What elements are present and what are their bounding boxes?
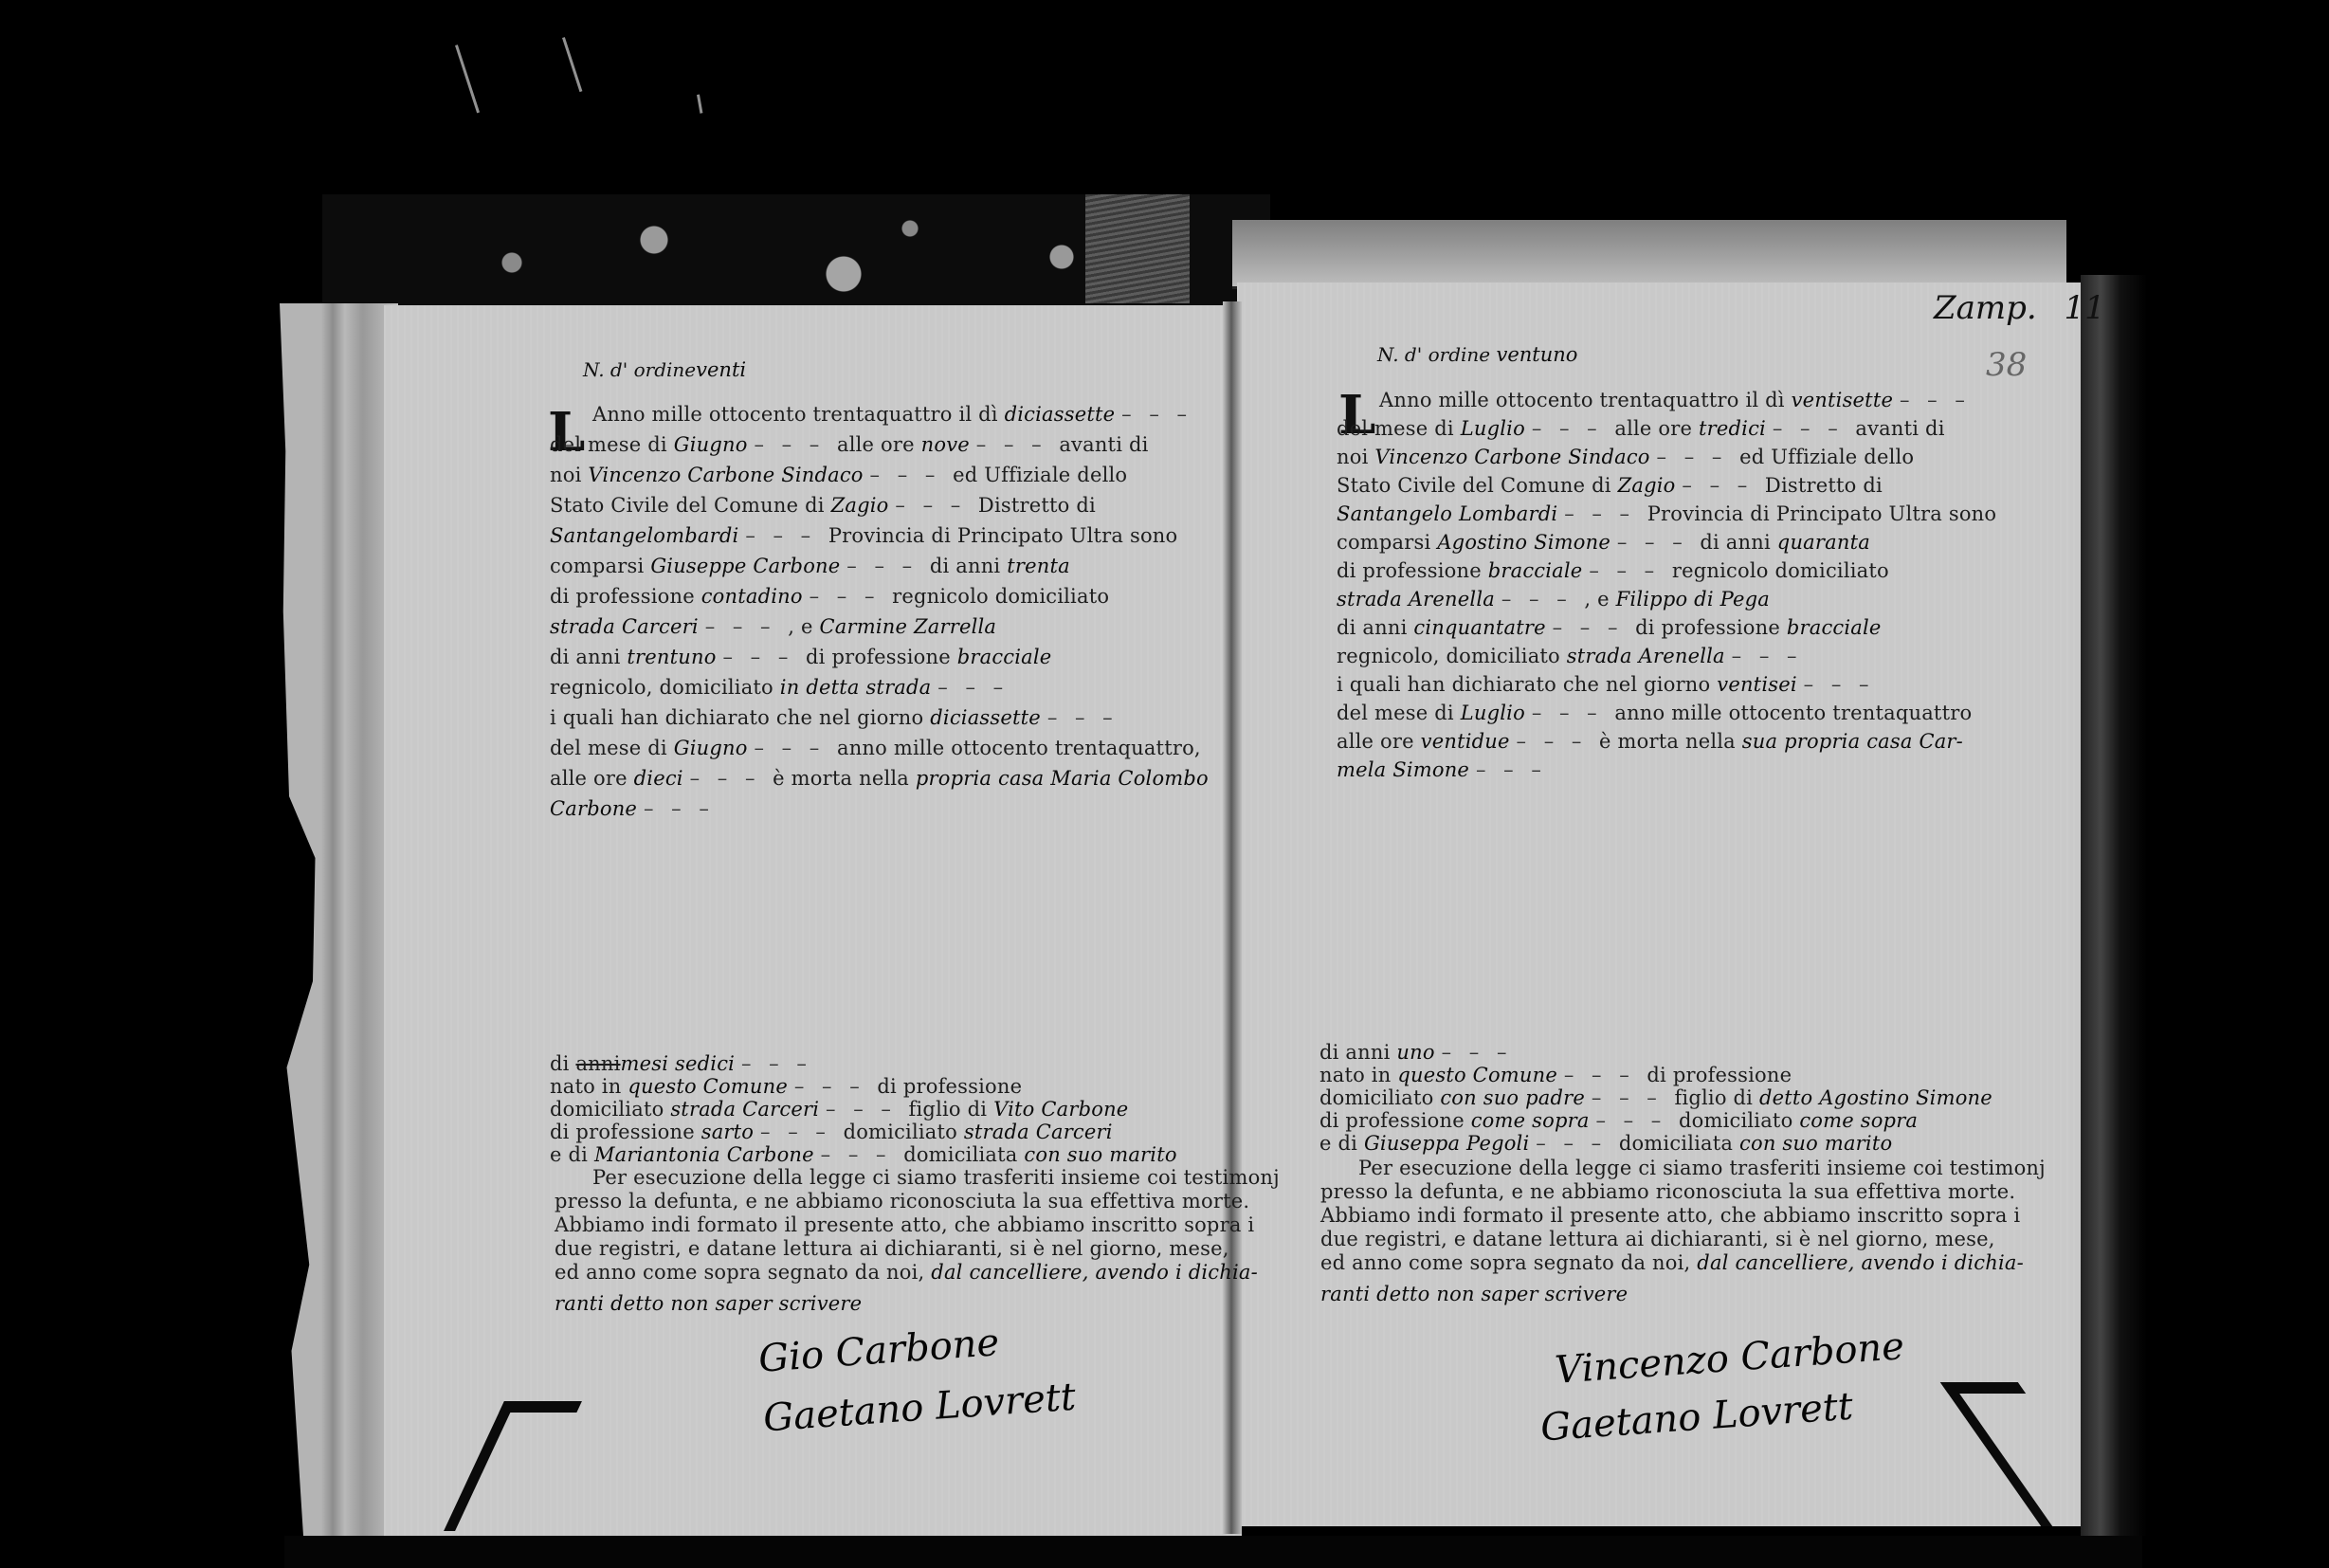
handwritten-entry: tredici bbox=[1699, 417, 1766, 440]
handwritten-entry: sua propria casa Car- bbox=[1742, 730, 1963, 753]
handwritten-entry: Zagio bbox=[1618, 474, 1676, 497]
book-right-edge bbox=[2081, 275, 2147, 1536]
book-gutter bbox=[1223, 301, 1242, 1534]
fill-dashes: – – – bbox=[1121, 403, 1192, 426]
printed-text: di professione bbox=[550, 585, 695, 608]
fill-dashes: – – – bbox=[810, 585, 893, 608]
handwritten-entry: quaranta bbox=[1777, 531, 1870, 554]
fill-dashes: – – – bbox=[754, 737, 837, 759]
fill-dashes: – – – bbox=[1564, 502, 1647, 525]
handwritten-entry: trenta bbox=[1007, 555, 1070, 577]
handwritten-entry: Vincenzo Carbone Sindaco bbox=[1374, 446, 1649, 468]
printed-text: domiciliata bbox=[1619, 1132, 1733, 1155]
printed-text: alle ore bbox=[550, 767, 628, 790]
handwritten-entry: diciassette bbox=[1005, 403, 1116, 426]
handwritten-entry: Zagio bbox=[831, 494, 889, 517]
handwritten-entry: con suo marito bbox=[1024, 1143, 1176, 1166]
printed-text: del mese di bbox=[550, 737, 667, 759]
printed-text: Provincia di Principato Ultra sono bbox=[828, 524, 1178, 547]
fill-dashes: – – – bbox=[1476, 758, 1547, 781]
closing-line: presso la defunta, e ne abbiamo riconosc… bbox=[555, 1190, 1249, 1212]
fill-dashes: – – – bbox=[1564, 1064, 1647, 1086]
corner-label: Zamp. bbox=[1934, 289, 2037, 327]
form-line: del mese di Giugno – – – alle ore nove –… bbox=[550, 433, 1149, 456]
form-line: domiciliato con suo padre – – – figlio d… bbox=[1319, 1086, 1992, 1109]
form-line: noi Vincenzo Carbone Sindaco – – – ed Uf… bbox=[550, 464, 1127, 486]
corner-number: 11 bbox=[2065, 289, 2105, 327]
printed-text: regnicolo, domiciliato bbox=[1337, 645, 1560, 667]
printed-text: di anni bbox=[550, 646, 621, 668]
printed-text: avanti di bbox=[1059, 433, 1148, 456]
closing-line: Per esecuzione della legge ci siamo tras… bbox=[1358, 1157, 2046, 1179]
printed-text: domiciliato bbox=[1679, 1109, 1792, 1132]
fill-dashes: – – – bbox=[1047, 706, 1119, 729]
printed-text: di anni bbox=[1319, 1041, 1391, 1064]
form-line: di annimesi sedici – – – bbox=[550, 1052, 812, 1075]
handwritten-entry: con suo padre bbox=[1440, 1086, 1585, 1109]
printed-text: i quali han dichiarato che nel giorno bbox=[1337, 673, 1710, 696]
closing-line: Abbiamo indi formato il presente atto, c… bbox=[555, 1213, 1254, 1236]
handwritten-entry: nove bbox=[921, 433, 970, 456]
fill-dashes: – – – bbox=[1773, 417, 1856, 440]
printed-text: di anni bbox=[1700, 531, 1771, 554]
printed-text: Anno mille ottocento trentaquattro il dì bbox=[1379, 389, 1785, 411]
film-scratch bbox=[562, 37, 582, 92]
fill-dashes: – – – bbox=[1532, 417, 1615, 440]
printed-text: alle ore bbox=[1337, 730, 1414, 753]
right-record-number: N. d' ordine ventuno bbox=[1377, 343, 1577, 366]
fill-dashes: – – – bbox=[644, 797, 715, 820]
fill-dashes: – – – bbox=[745, 524, 828, 547]
fill-dashes: – – – bbox=[1553, 616, 1636, 639]
form-line: del mese di Luglio – – – anno mille otto… bbox=[1337, 702, 1972, 724]
fill-dashes: – – – bbox=[1589, 559, 1672, 582]
closing-line: ed anno come sopra segnato da noi, dal c… bbox=[1320, 1251, 2024, 1274]
form-line: regnicolo, domiciliato strada Arenella –… bbox=[1337, 645, 1803, 667]
printed-text: figlio di bbox=[909, 1098, 988, 1121]
printed-text: di professione bbox=[1319, 1109, 1465, 1132]
fill-dashes: – – – bbox=[1804, 673, 1875, 696]
form-line: Anno mille ottocento trentaquattro il dì… bbox=[592, 403, 1192, 426]
printed-text: comparsi bbox=[1337, 531, 1430, 554]
form-line: comparsi Giuseppe Carbone – – – di anni … bbox=[550, 555, 1070, 577]
printed-text: di professione bbox=[550, 1121, 695, 1143]
fill-dashes: – – – bbox=[1617, 531, 1701, 554]
printed-text: anno mille ottocento trentaquattro bbox=[1614, 702, 1972, 724]
fill-dashes: – – – bbox=[826, 1098, 909, 1121]
handwritten-entry: Santangelo Lombardi bbox=[1337, 502, 1557, 525]
printed-text: Distretto di bbox=[978, 494, 1096, 517]
fill-dashes: – – – bbox=[1442, 1041, 1513, 1064]
leather-spine-top bbox=[1085, 194, 1190, 303]
form-line: Santangelombardi – – – Provincia di Prin… bbox=[550, 524, 1177, 547]
printed-text: è morta nella bbox=[1599, 730, 1736, 753]
printed-text: Per esecuzione della legge ci siamo tras… bbox=[1358, 1157, 2046, 1179]
fill-dashes: – – – bbox=[846, 555, 930, 577]
form-line: nato in questo Comune – – – di professio… bbox=[1319, 1064, 1792, 1086]
fill-dashes: – – – bbox=[1595, 1109, 1679, 1132]
printed-text: ed Uffiziale dello bbox=[1739, 446, 1914, 468]
fill-dashes: – – – bbox=[1501, 588, 1585, 611]
form-line: di professione contadino – – – regnicolo… bbox=[550, 585, 1109, 608]
form-line: del mese di Giugno – – – anno mille otto… bbox=[550, 737, 1201, 759]
printed-text: due registri, e datane lettura ai dichia… bbox=[555, 1237, 1229, 1260]
printed-text: e di bbox=[550, 1143, 588, 1166]
form-line: di professione come sopra – – – domicili… bbox=[1319, 1109, 1918, 1132]
handwritten-entry: Luglio bbox=[1461, 702, 1525, 724]
handwritten-entry: questo Comune bbox=[628, 1075, 788, 1098]
handwritten-entry: bracciale bbox=[957, 646, 1052, 668]
handwritten-entry: propria casa Maria Colombo bbox=[916, 767, 1209, 790]
printed-text: del mese di bbox=[1337, 702, 1454, 724]
handwritten-entry: sarto bbox=[701, 1121, 754, 1143]
printed-text: Distretto di bbox=[1765, 474, 1883, 497]
form-line: Stato Civile del Comune di Zagio – – – D… bbox=[550, 494, 1096, 517]
handwritten-entry: Vincenzo Carbone Sindaco bbox=[588, 464, 863, 486]
stacked-page-edges bbox=[280, 303, 398, 1536]
printed-text: presso la defunta, e ne abbiamo riconosc… bbox=[555, 1190, 1249, 1212]
printed-text: ed anno come sopra segnato da noi, bbox=[1320, 1251, 1690, 1274]
printed-text: regnicolo domiciliato bbox=[892, 585, 1109, 608]
printed-text: noi bbox=[550, 464, 581, 486]
fill-dashes: – – – bbox=[722, 646, 806, 668]
form-line: del mese di Luglio – – – alle ore tredic… bbox=[1337, 417, 1945, 440]
printed-text: di anni bbox=[930, 555, 1001, 577]
printed-text: di professione bbox=[1337, 559, 1482, 582]
handwritten-entry: Mariantonia Carbone bbox=[594, 1143, 814, 1166]
handwritten-entry: con suo marito bbox=[1739, 1132, 1892, 1155]
printed-text: di professione bbox=[1635, 616, 1780, 639]
handwritten-entry: mela Simone bbox=[1337, 758, 1469, 781]
form-line: Anno mille ottocento trentaquattro il dì… bbox=[1379, 389, 1971, 411]
film-scratch bbox=[455, 45, 480, 113]
right-page bbox=[1237, 283, 2085, 1526]
form-line: i quali han dichiarato che nel giorno di… bbox=[550, 706, 1119, 729]
printed-text: del mese di bbox=[1337, 417, 1454, 440]
form-line: Carbone – – – bbox=[550, 797, 715, 820]
fill-dashes: – – – bbox=[1517, 730, 1600, 753]
form-line: domiciliato strada Carceri – – – figlio … bbox=[550, 1098, 1128, 1121]
handwritten-entry: bracciale bbox=[1787, 616, 1882, 639]
handwritten-entry: questo Comune bbox=[1397, 1064, 1557, 1086]
handwritten-entry: mesi sedici bbox=[621, 1052, 736, 1075]
handwritten-entry: uno bbox=[1396, 1041, 1434, 1064]
form-line: regnicolo, domiciliato in detta strada –… bbox=[550, 676, 1009, 699]
closing-line: due registri, e datane lettura ai dichia… bbox=[1320, 1228, 1995, 1250]
printed-text: di professione bbox=[877, 1075, 1022, 1098]
handwritten-entry: strada Arenella bbox=[1567, 645, 1725, 667]
handwritten-entry: Giuseppe Carbone bbox=[650, 555, 840, 577]
handwritten-entry: diciassette bbox=[930, 706, 1041, 729]
corner-annotation: Zamp. 11 bbox=[1934, 289, 2105, 327]
film-scratch bbox=[697, 94, 702, 113]
printed-text: alle ore bbox=[1614, 417, 1692, 440]
handwritten-entry: dieci bbox=[634, 767, 683, 790]
printed-text: domiciliato bbox=[844, 1121, 957, 1143]
printed-text: Provincia di Principato Ultra sono bbox=[1647, 502, 1997, 525]
printed-text: regnicolo, domiciliato bbox=[550, 676, 773, 699]
handwritten-entry: ventidue bbox=[1421, 730, 1510, 753]
fill-dashes: – – – bbox=[895, 494, 978, 517]
fill-dashes: – – – bbox=[1536, 1132, 1619, 1155]
fill-dashes: – – – bbox=[1592, 1086, 1675, 1109]
form-line: noi Vincenzo Carbone Sindaco – – – ed Uf… bbox=[1337, 446, 1914, 468]
fill-dashes: – – – bbox=[1732, 645, 1803, 667]
printed-text: nato in bbox=[550, 1075, 621, 1098]
printed-text: ed anno come sopra segnato da noi, bbox=[555, 1261, 924, 1284]
pencil-page-number: 38 bbox=[1986, 346, 2027, 384]
handwritten-entry: in detta strada bbox=[780, 676, 932, 699]
fill-dashes: – – – bbox=[794, 1075, 878, 1098]
printed-text: Abbiamo indi formato il presente atto, c… bbox=[555, 1213, 1254, 1236]
fill-dashes: – – – bbox=[821, 1143, 904, 1166]
handwritten-entry: Carbone bbox=[550, 797, 637, 820]
form-line: Santangelo Lombardi – – – Provincia di P… bbox=[1337, 502, 1996, 525]
fill-dashes: – – – bbox=[870, 464, 954, 486]
printed-text: domiciliato bbox=[1319, 1086, 1433, 1109]
handwritten-entry: Carmine Zarrella bbox=[820, 615, 997, 638]
printed-text: Per esecuzione della legge ci siamo tras… bbox=[592, 1166, 1280, 1189]
handwritten-entry: Giugno bbox=[674, 737, 748, 759]
handwritten-entry: detto Agostino Simone bbox=[1759, 1086, 1992, 1109]
printed-text: di anni bbox=[1337, 616, 1408, 639]
printed-text: , e bbox=[788, 615, 812, 638]
form-line: di professione sarto – – – domiciliato s… bbox=[550, 1121, 1113, 1143]
closing-line: presso la defunta, e ne abbiamo riconosc… bbox=[1320, 1180, 2015, 1203]
form-line: alle ore dieci – – – è morta nella propr… bbox=[550, 767, 1209, 790]
printed-text: di bbox=[550, 1052, 570, 1075]
printed-text: domiciliata bbox=[903, 1143, 1017, 1166]
fill-dashes: – – – bbox=[754, 433, 837, 456]
handwritten-entry: come sopra bbox=[1799, 1109, 1918, 1132]
printed-text: noi bbox=[1337, 446, 1368, 468]
closing-line: due registri, e datane lettura ai dichia… bbox=[555, 1237, 1229, 1260]
form-line: strada Carceri – – – , e Carmine Zarrell… bbox=[550, 615, 996, 638]
form-line: mela Simone – – – bbox=[1337, 758, 1547, 781]
printed-text: nato in bbox=[1319, 1064, 1391, 1086]
printed-text: del mese di bbox=[550, 433, 667, 456]
form-line: di anni uno – – – bbox=[1319, 1041, 1512, 1064]
printed-text: e di bbox=[1319, 1132, 1357, 1155]
fill-dashes: – – – bbox=[937, 676, 1009, 699]
handwritten-entry: ventisette bbox=[1792, 389, 1893, 411]
printed-text: di professione bbox=[806, 646, 951, 668]
form-line: strada Arenella – – – , e Filippo di Peg… bbox=[1337, 588, 1770, 611]
handwritten-entry: ranti detto non saper scrivere bbox=[555, 1292, 862, 1315]
printed-text: comparsi bbox=[550, 555, 644, 577]
printed-text: , e bbox=[1584, 588, 1609, 611]
handwritten-entry: come sopra bbox=[1471, 1109, 1590, 1132]
closing-line: Per esecuzione della legge ci siamo tras… bbox=[592, 1166, 1280, 1189]
printed-text: i quali han dichiarato che nel giorno bbox=[550, 706, 923, 729]
handwritten-entry: Santangelombardi bbox=[550, 524, 738, 547]
printed-text: anno mille ottocento trentaquattro, bbox=[837, 737, 1201, 759]
form-line: Stato Civile del Comune di Zagio – – – D… bbox=[1337, 474, 1883, 497]
handwritten-entry: bracciale bbox=[1488, 559, 1583, 582]
printed-text: due registri, e datane lettura ai dichia… bbox=[1320, 1228, 1995, 1250]
handwritten-entry: Giuseppa Pegoli bbox=[1364, 1132, 1529, 1155]
form-line: e di Mariantonia Carbone – – – domicilia… bbox=[550, 1143, 1177, 1166]
handwritten-entry: ventisei bbox=[1717, 673, 1797, 696]
printed-text: Stato Civile del Comune di bbox=[550, 494, 825, 517]
form-line: di professione bracciale – – – regnicolo… bbox=[1337, 559, 1889, 582]
fill-dashes: – – – bbox=[741, 1052, 812, 1075]
form-line: nato in questo Comune – – – di professio… bbox=[550, 1075, 1022, 1098]
fill-dashes: – – – bbox=[690, 767, 773, 790]
printed-text: Abbiamo indi formato il presente atto, c… bbox=[1320, 1204, 2020, 1227]
handwritten-entry: trentuno bbox=[627, 646, 716, 668]
fill-dashes: – – – bbox=[1900, 389, 1971, 411]
handwritten-entry: Giugno bbox=[674, 433, 748, 456]
printed-text: Stato Civile del Comune di bbox=[1337, 474, 1611, 497]
handwritten-entry: strada Arenella bbox=[1337, 588, 1495, 611]
form-line: alle ore ventidue – – – è morta nella su… bbox=[1337, 730, 1963, 753]
closing-line: Abbiamo indi formato il presente atto, c… bbox=[1320, 1204, 2020, 1227]
printed-text: presso la defunta, e ne abbiamo riconosc… bbox=[1320, 1180, 2015, 1203]
handwritten-entry: strada Carceri bbox=[550, 615, 699, 638]
form-line: i quali han dichiarato che nel giorno ve… bbox=[1337, 673, 1875, 696]
fill-dashes: – – – bbox=[760, 1121, 844, 1143]
handwritten-entry: Agostino Simone bbox=[1437, 531, 1610, 554]
book-bottom-edge bbox=[284, 1536, 2142, 1568]
printed-text: domiciliato bbox=[550, 1098, 664, 1121]
form-line: comparsi Agostino Simone – – – di anni q… bbox=[1337, 531, 1870, 554]
form-line: di anni cinquantatre – – – di profession… bbox=[1337, 616, 1882, 639]
struck-text: anni bbox=[575, 1052, 620, 1075]
handwritten-entry: Vito Carbone bbox=[993, 1098, 1128, 1121]
right-board-edge bbox=[1232, 220, 2066, 289]
handwritten-entry: Filippo di Pega bbox=[1616, 588, 1770, 611]
printed-text: regnicolo domiciliato bbox=[1672, 559, 1889, 582]
closing-line: ed anno come sopra segnato da noi, dal c… bbox=[555, 1261, 1258, 1284]
fill-dashes: – – – bbox=[1682, 474, 1765, 497]
handwritten-entry: Luglio bbox=[1461, 417, 1525, 440]
printed-text: avanti di bbox=[1855, 417, 1944, 440]
handwritten-entry: dal cancelliere, avendo i dichia- bbox=[1697, 1251, 2024, 1274]
printed-text: figlio di bbox=[1674, 1086, 1753, 1109]
printed-text: è morta nella bbox=[773, 767, 909, 790]
fill-dashes: – – – bbox=[1657, 446, 1740, 468]
printed-text: Anno mille ottocento trentaquattro il dì bbox=[592, 403, 998, 426]
form-line: e di Giuseppa Pegoli – – – domiciliata c… bbox=[1319, 1132, 1892, 1155]
printed-text: ed Uffiziale dello bbox=[953, 464, 1127, 486]
handwritten-entry: ranti detto non saper scrivere bbox=[1320, 1283, 1628, 1305]
fill-dashes: – – – bbox=[1532, 702, 1615, 724]
fill-dashes: – – – bbox=[705, 615, 789, 638]
printed-text: di professione bbox=[1647, 1064, 1792, 1086]
left-record-number: N. d' ordineventi bbox=[583, 358, 746, 381]
handwritten-entry: cinquantatre bbox=[1413, 616, 1545, 639]
handwritten-entry: contadino bbox=[701, 585, 803, 608]
fill-dashes: – – – bbox=[976, 433, 1060, 456]
printed-text: alle ore bbox=[837, 433, 915, 456]
form-line: di anni trentuno – – – di professione br… bbox=[550, 646, 1051, 668]
handwritten-entry: strada Carceri bbox=[964, 1121, 1113, 1143]
handwritten-entry: dal cancelliere, avendo i dichia- bbox=[931, 1261, 1258, 1284]
handwritten-entry: strada Carceri bbox=[670, 1098, 819, 1121]
